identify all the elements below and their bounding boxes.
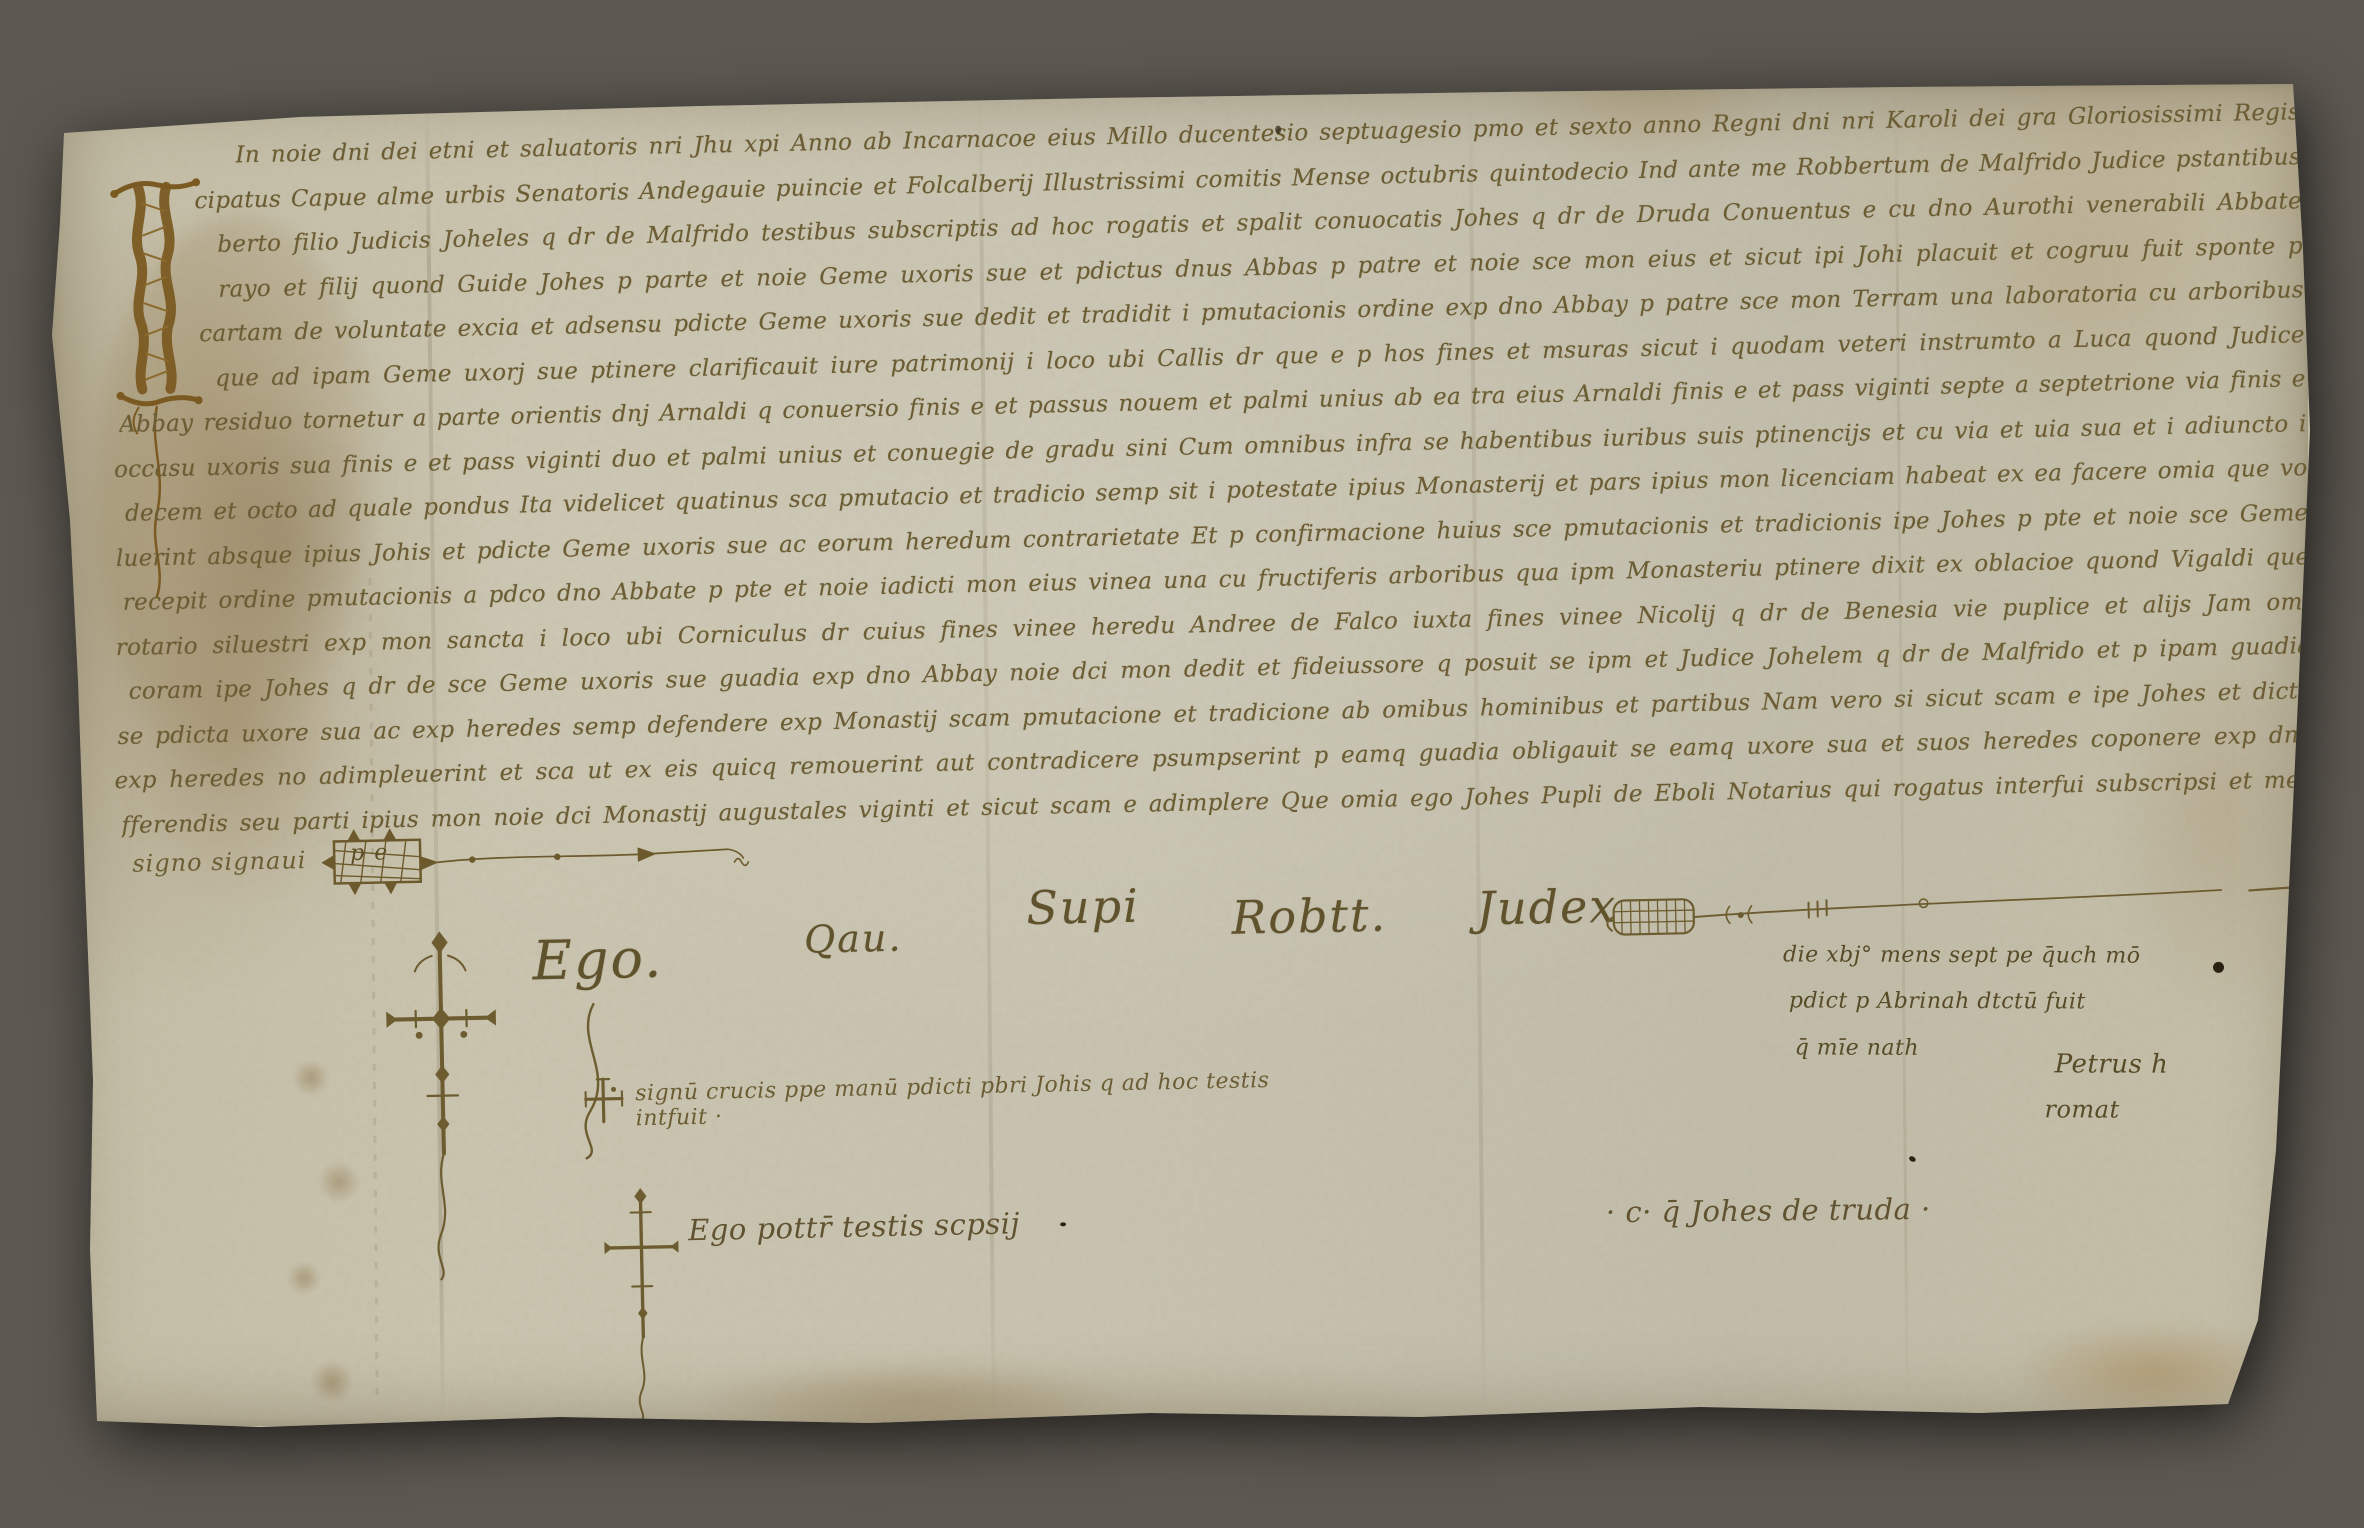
signature-supi: Supi [1026,879,1140,935]
annotation-block: die xbj° mens sept pe q̄uch mō pdict p A… [1782,942,2343,1164]
signum-letters: pe [350,840,398,866]
signo-signavi-text: signo signaui [132,846,307,878]
annotation-signature2: romat [2044,1095,2119,1123]
parchment-shadow-wrap: In noie dni dei etni et saluatoris nri J… [0,0,2364,1528]
charter-content: In noie dni dei etni et saluatoris nri J… [65,86,2343,1473]
witness-cross-icon [580,1071,627,1128]
signature-robtt: Robtt. [1231,887,1387,944]
parchment-sheet: In noie dni dei etni et saluatoris nri J… [0,0,2364,1528]
notary-cross2-icon [603,1182,682,1423]
signature-judex: Judex [1476,879,1618,936]
witness-cross-line: signū crucis ppe manū pdicti pbri Johis … [635,1067,1336,1132]
signature-qau: Qau. [804,916,903,962]
ink-blot [2213,962,2224,973]
ink-speck [1060,1222,1066,1226]
witness-testis-line: Ego pottr̄ testis scpsij [688,1206,1021,1247]
notary-cross-icon [382,924,504,1281]
endorsement-text: · c· q̄ Johes de truda · [1606,1192,1931,1229]
annotation-signature: Petrus h [2055,1049,2169,1079]
annotation-line: q̄ mīe nath [1795,1035,1919,1060]
annotation-line: pdict p Abrinah dtctū fuit [1789,988,2086,1014]
ink-speck [1275,126,1281,134]
annotation-line: die xbj° mens sept pe q̄uch mō [1783,942,2141,968]
signature-ego: Ego. [532,927,664,993]
